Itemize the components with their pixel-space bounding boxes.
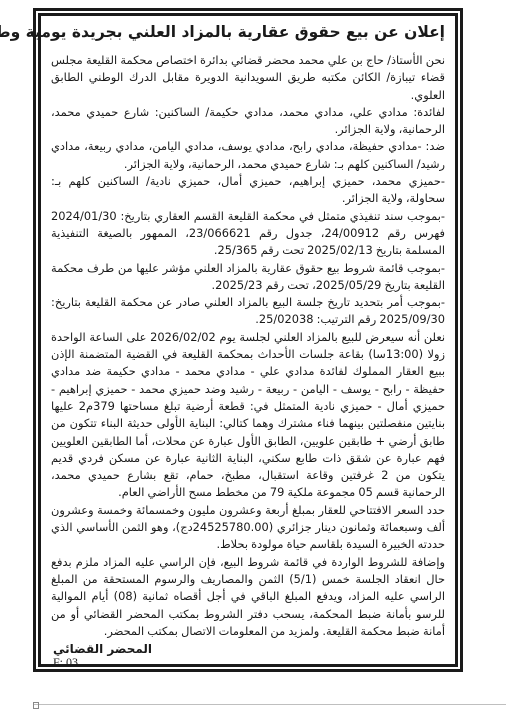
notice-paragraph-bailiff: نحن الأستاذ/ حاج بن علي محمد محضر قضائي … xyxy=(51,52,445,104)
notice-paragraph-opening-price: حدد السعر الافتتاحي للعقار بمبلغ أربعة و… xyxy=(51,502,445,554)
notice-paragraph-against-hamizi: -حميزي محمد، حميزي إبراهيم، حميزي أمال، … xyxy=(51,173,445,208)
page-corner-mark xyxy=(33,702,39,709)
notice-paragraph-against-madadi: ضد: -مدادي حفيظة، مدادي رابح، مدادي يوسف… xyxy=(51,138,445,173)
notice-paragraph-payment-terms: وإضافة للشروط الواردة في قائمة شروط البي… xyxy=(51,554,445,640)
signature-row: المحضر القضائي F: 03 xyxy=(51,642,445,670)
notice-paragraph-session-order: -بموجب أمر بتحديد تاريخ جلسة البيع بالمز… xyxy=(51,294,445,329)
notice-paragraph-sale-conditions: -بموجب قائمة شروط بيع حقوق عقارية بالمزا… xyxy=(51,260,445,295)
bailiff-signature: المحضر القضائي xyxy=(53,642,152,656)
notice-title: إعلان عن بيع حقوق عقارية بالمزاد العلني … xyxy=(51,22,445,42)
notice-paragraph-beneficiaries: لفائدة: مدادي علي، مدادي محمد، مدادي حكي… xyxy=(51,104,445,139)
notice-frame: إعلان عن بيع حقوق عقارية بالمزاد العلني … xyxy=(33,8,463,672)
reference-code: F: 03 xyxy=(53,655,78,670)
notice-content: إعلان عن بيع حقوق عقارية بالمزاد العلني … xyxy=(51,22,445,660)
notice-frame-inner-border: إعلان عن بيع حقوق عقارية بالمزاد العلني … xyxy=(39,14,457,666)
page-divider xyxy=(33,704,506,705)
notice-paragraph-auction-announcement: نعلن أنه سيعرض للبيع بالمزاد العلني لجلس… xyxy=(51,329,445,502)
notice-paragraph-executive-title: -بموجب سند تنفيذي متمثل في محكمة القليعة… xyxy=(51,208,445,260)
